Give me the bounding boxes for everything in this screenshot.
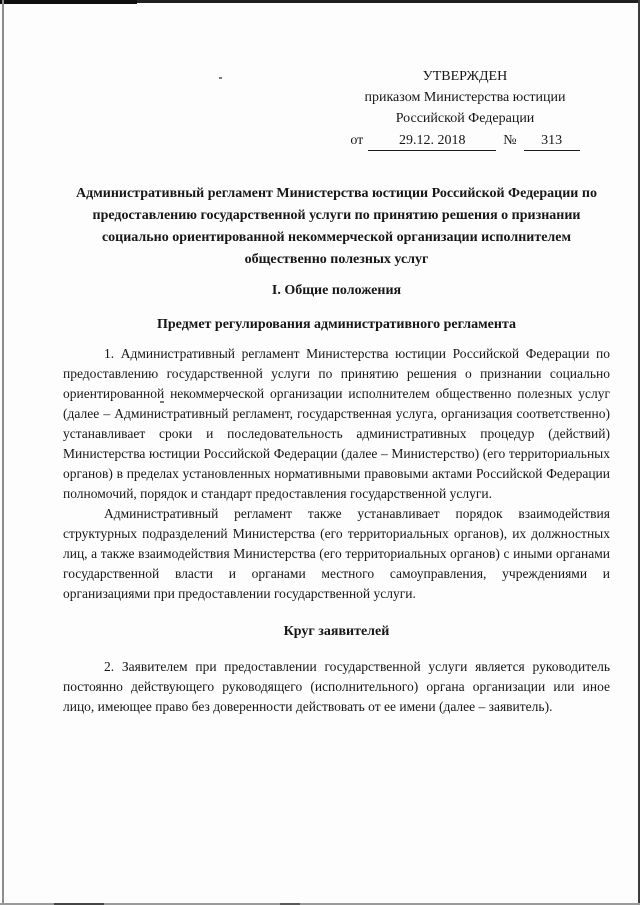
approval-line-order: приказом Министерства юстиции <box>320 87 610 108</box>
approval-line-authority: Российской Федерации <box>320 108 610 129</box>
document-page: УТВЕРЖДЕН приказом Министерства юстиции … <box>0 0 640 905</box>
section-heading-applicants: Круг заявителей <box>63 621 610 643</box>
document-title: Административный регламент Министерства … <box>63 183 610 271</box>
scan-edge-top-dark-segment <box>0 0 137 4</box>
order-number-value: 313 <box>524 131 580 151</box>
section-heading-subject: Предмет регулирования административного … <box>63 314 610 336</box>
chapter-heading: I. Общие положения <box>63 280 610 302</box>
scan-speck <box>160 401 164 403</box>
scan-edge-left <box>2 0 4 905</box>
paragraph-2: 2. Заявителем при предоставлении государ… <box>63 657 610 717</box>
paragraph-1-continued: Административный регламент также устанав… <box>63 504 610 604</box>
paragraph-1: 1. Административный регламент Министерст… <box>63 344 610 504</box>
approval-line-approved: УТВЕРЖДЕН <box>320 66 610 87</box>
number-sign: № <box>503 133 516 148</box>
date-prefix-label: от <box>350 133 363 148</box>
order-date-value: 29.12. 2018 <box>368 131 496 151</box>
approval-date-number-line: от29.12. 2018№313 <box>320 130 610 151</box>
approval-stamp: УТВЕРЖДЕН приказом Министерства юстиции … <box>320 66 610 151</box>
scan-speck <box>219 77 222 79</box>
